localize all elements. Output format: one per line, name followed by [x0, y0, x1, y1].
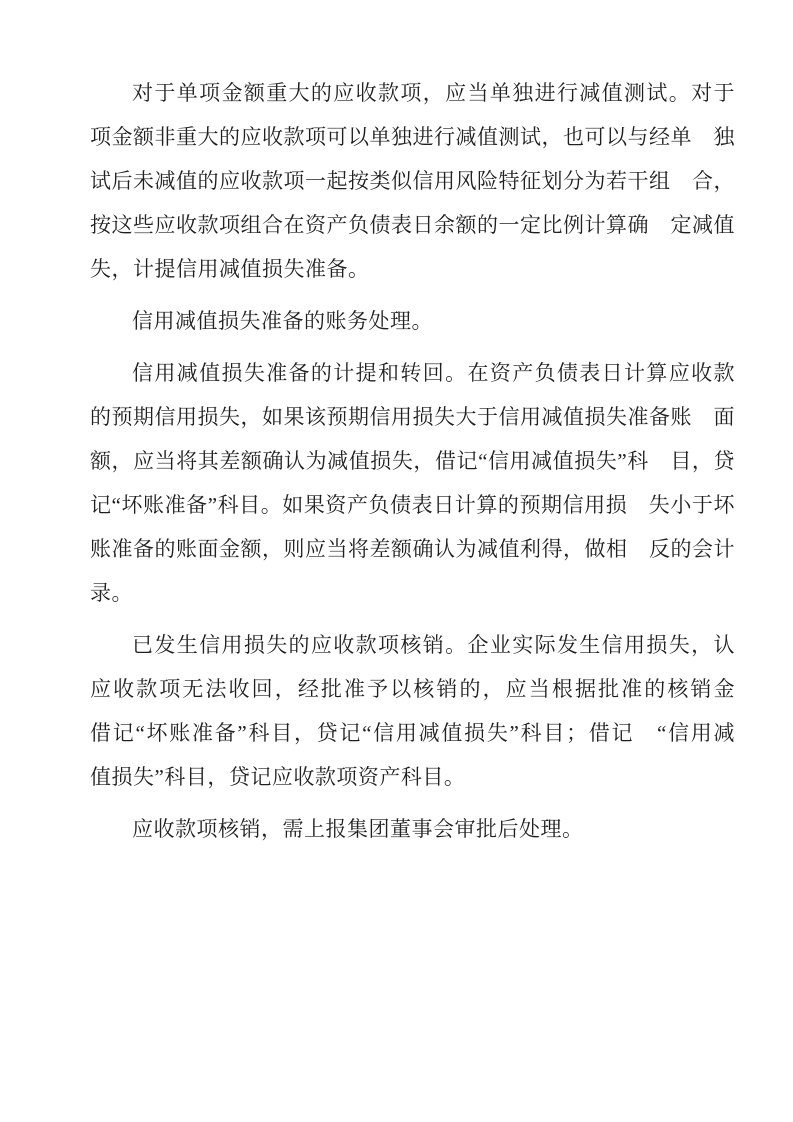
text-line: 信用减值损失准备的计提和转回。在资产负债表日计算应收款 项: [90, 351, 735, 395]
document-body: 对于单项金额重大的应收款项，应当单独进行减值测试。对于 单项金额非重大的应收款项…: [90, 71, 735, 859]
text-line: 值损失”科目，贷记应收款项资产科目。: [90, 755, 735, 799]
text-line: 信用减值损失准备的账务处理。: [90, 299, 735, 343]
paragraph-4: 已发生信用损失的应收款项核销。企业实际发生信用损失，认 定应收款项无法收回，经批…: [90, 623, 735, 799]
paragraph-5: 应收款项核销，需上报集团董事会审批后处理。: [90, 807, 735, 851]
text-line: 已发生信用损失的应收款项核销。企业实际发生信用损失，认 定: [90, 623, 735, 667]
text-line: 应收款项核销，需上报集团董事会审批后处理。: [90, 807, 735, 851]
document-page: 对于单项金额重大的应收款项，应当单独进行减值测试。对于 单项金额非重大的应收款项…: [0, 0, 793, 1122]
text-line: 按这些应收款项组合在资产负债表日余额的一定比例计算确 定减值损: [90, 203, 735, 247]
text-line: 记“坏账准备”科目。如果资产负债表日计算的预期信用损 失小于坏: [90, 483, 735, 527]
paragraph-1: 对于单项金额重大的应收款项，应当单独进行减值测试。对于 单项金额非重大的应收款项…: [90, 71, 735, 291]
paragraph-2: 信用减值损失准备的账务处理。: [90, 299, 735, 343]
text-line: 额，应当将其差额确认为减值损失，借记“信用减值损失”科 目，贷: [90, 439, 735, 483]
text-line: 失，计提信用减值损失准备。: [90, 247, 735, 291]
text-line: 应收款项无法收回，经批准予以核销的，应当根据批准的核销金 额，: [90, 667, 735, 711]
paragraph-3: 信用减值损失准备的计提和转回。在资产负债表日计算应收款 项的预期信用损失，如果该…: [90, 351, 735, 615]
text-line: 借记“坏账准备”科目，贷记“信用减值损失”科目；借记 “信用减: [90, 711, 735, 755]
text-line: 录。: [90, 571, 735, 615]
text-line: 账准备的账面金额，则应当将差额确认为减值利得，做相 反的会计分: [90, 527, 735, 571]
text-line: 试后未减值的应收款项一起按类似信用风险特征划分为若干组 合，再: [90, 159, 735, 203]
text-line: 的预期信用损失，如果该预期信用损失大于信用减值损失准备账 面金: [90, 395, 735, 439]
text-line: 对于单项金额重大的应收款项，应当单独进行减值测试。对于 单: [90, 71, 735, 115]
text-line: 项金额非重大的应收款项可以单独进行减值测试，也可以与经单 独测: [90, 115, 735, 159]
